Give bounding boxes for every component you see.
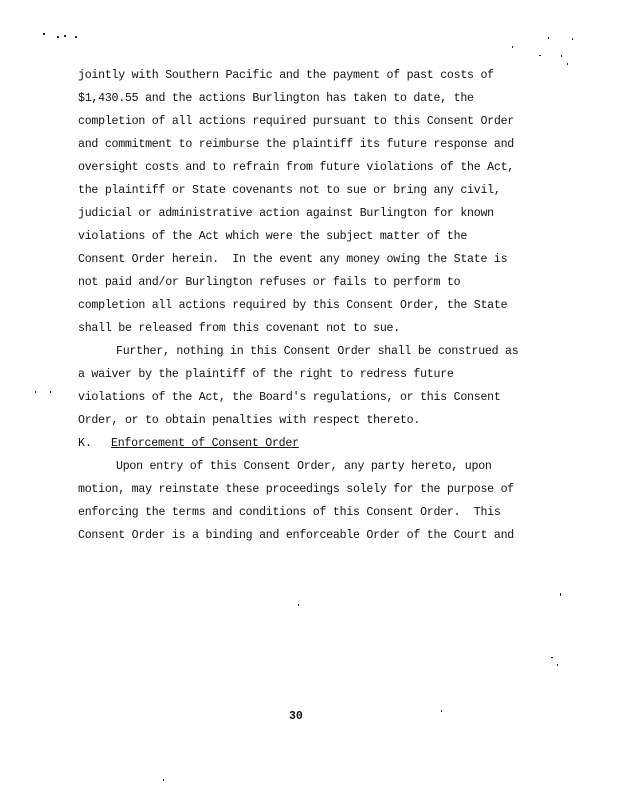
text-line: violations of the Act, the Board's regul…	[78, 391, 501, 405]
text-line: completion all actions required by this …	[78, 299, 507, 313]
text-line: enforcing the terms and conditions of th…	[78, 506, 501, 520]
text-line: Upon entry of this Consent Order, any pa…	[116, 460, 492, 474]
section-number: K.	[78, 437, 92, 451]
text-line: jointly with Southern Pacific and the pa…	[78, 69, 494, 83]
text-line: Further, nothing in this Consent Order s…	[116, 345, 518, 359]
text-line: and commitment to reimburse the plaintif…	[78, 138, 514, 152]
text-line: not paid and/or Burlington refuses or fa…	[78, 276, 460, 290]
text-line: a waiver by the plaintiff of the right t…	[78, 368, 454, 382]
text-line: Consent Order is a binding and enforceab…	[78, 529, 514, 543]
text-line: violations of the Act which were the sub…	[78, 230, 467, 244]
text-line: judicial or administrative action agains…	[78, 207, 494, 221]
document-page: jointly with Southern Pacific and the pa…	[0, 0, 619, 800]
text-line: motion, may reinstate these proceedings …	[78, 483, 514, 497]
text-line: Consent Order herein. In the event any m…	[78, 253, 507, 267]
text-line: shall be released from this covenant not…	[78, 322, 400, 336]
section-title: Enforcement of Consent Order	[111, 437, 299, 451]
text-line: Order, or to obtain penalties with respe…	[78, 414, 420, 428]
text-line: completion of all actions required pursu…	[78, 115, 514, 129]
text-line: $1,430.55 and the actions Burlington has…	[78, 92, 474, 106]
page-number: 30	[289, 710, 303, 723]
text-line: oversight costs and to refrain from futu…	[78, 161, 514, 175]
text-line: the plaintiff or State covenants not to …	[78, 184, 501, 198]
